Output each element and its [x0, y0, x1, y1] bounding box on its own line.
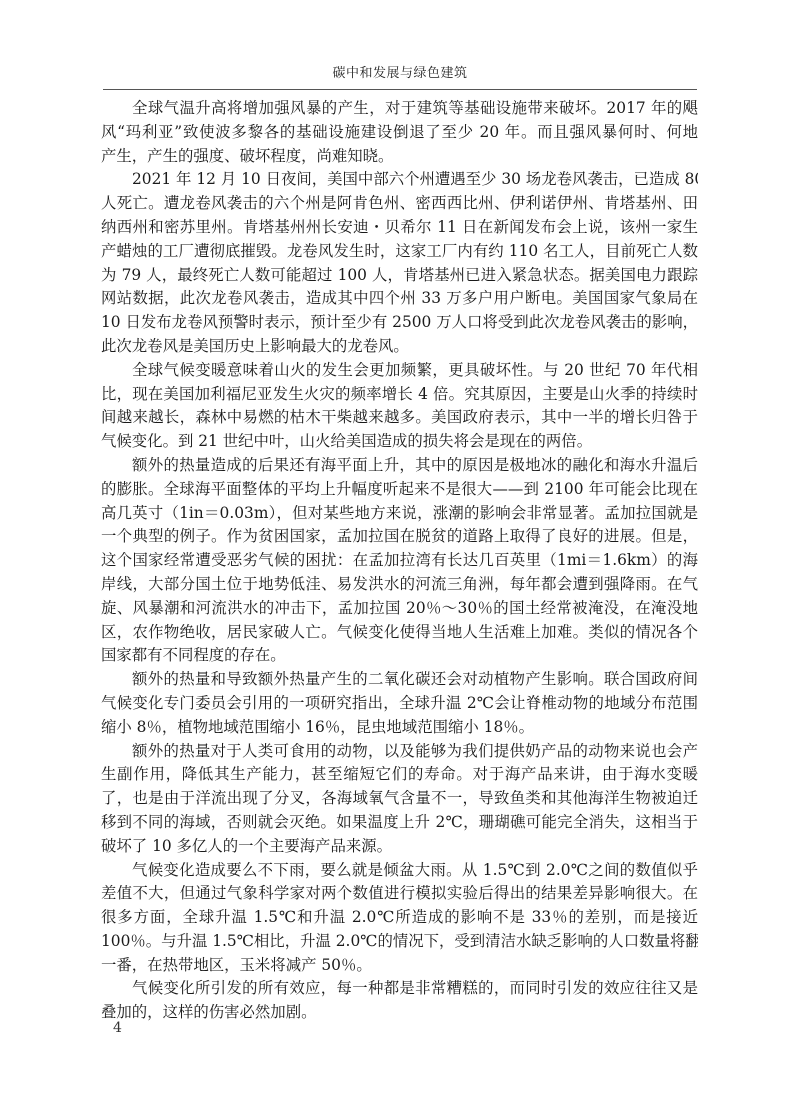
- paragraph: 2021 年 12 月 10 日夜间，美国中部六个州遭遇至少 30 场龙卷风袭击…: [101, 168, 698, 358]
- text-line: 产蜡烛的工厂遭彻底摧毁。龙卷风发生时，这家工厂内有约 110 名工人，目前死亡人…: [101, 240, 698, 264]
- text-line: 100％。与升温 1.5℃相比，升温 2.0℃的情况下，受到清洁水缺乏影响的人口…: [101, 930, 698, 954]
- running-header-title: 碳中和发展与绿色建筑: [103, 66, 697, 82]
- text-line: 产生，产生的强度、破坏程度，尚难知晓。: [101, 145, 698, 169]
- paragraph: 额外的热量造成的后果还有海平面上升，其中的原因是极地冰的融化和海水升温后 的膨胀…: [101, 454, 698, 668]
- text-line: 破坏了 10 多亿人的一个主要海产品来源。: [101, 835, 698, 859]
- paragraph: 全球气温升高将增加强风暴的产生，对于建筑等基础设施带来破坏。2017 年的飓 风…: [101, 97, 698, 168]
- text-line: 全球气温升高将增加强风暴的产生，对于建筑等基础设施带来破坏。2017 年的飓: [101, 97, 698, 121]
- body-text: 全球气温升高将增加强风暴的产生，对于建筑等基础设施带来破坏。2017 年的飓 风…: [101, 97, 698, 1025]
- text-line: 生副作用，降低其生产能力，甚至缩短它们的寿命。对于海产品来讲，由于海水变暖: [101, 763, 698, 787]
- document-page: 碳中和发展与绿色建筑 全球气温升高将增加强风暴的产生，对于建筑等基础设施带来破坏…: [0, 0, 800, 1115]
- text-line: 缩小 8％，植物地域范围缩小 16％，昆虫地域范围缩小 18％。: [101, 716, 698, 740]
- text-line: 这个国家经常遭受恶劣气候的困扰：在孟加拉湾有长达几百英里（1mi＝1.6km）的…: [101, 549, 698, 573]
- text-line: 高几英寸（1in＝0.03m），但对某些地方来说，涨潮的影响会非常显著。孟加拉国…: [101, 502, 698, 526]
- text-line: 叠加的，这样的伤害必然加剧。: [101, 1001, 698, 1025]
- text-line: 一个典型的例子。作为贫困国家，孟加拉国在脱贫的道路上取得了良好的进展。但是，: [101, 525, 698, 549]
- text-line: 2021 年 12 月 10 日夜间，美国中部六个州遭遇至少 30 场龙卷风袭击…: [101, 168, 698, 192]
- text-line: 为 79 人，最终死亡人数可能超过 100 人，肯塔基州已进入紧急状态。据美国电…: [101, 264, 698, 288]
- header-rule: [103, 89, 697, 90]
- text-line: 了，也是由于洋流出现了分叉，各海域氧气含量不一，导致鱼类和其他海洋生物被迫迁: [101, 787, 698, 811]
- text-line: 额外的热量造成的后果还有海平面上升，其中的原因是极地冰的融化和海水升温后: [101, 454, 698, 478]
- text-line: 间越来越长，森林中易燃的枯木干柴越来越多。美国政府表示，其中一半的增长归咎于: [101, 406, 698, 430]
- page-number: 4: [113, 1020, 122, 1036]
- text-line: 网站数据，此次龙卷风袭击，造成其中四个州 33 万多户用户断电。美国国家气象局在: [101, 287, 698, 311]
- text-line: 区，农作物绝收，居民家破人亡。气候变化使得当地人生活难上加难。类似的情况各个: [101, 621, 698, 645]
- text-line: 差值不大，但通过气象科学家对两个数值进行模拟实验后得出的结果差异影响很大。在: [101, 882, 698, 906]
- text-line: 国家都有不同程度的存在。: [101, 644, 698, 668]
- text-line: 人死亡。遭龙卷风袭击的六个州是阿肯色州、密西西比州、伊利诺伊州、肯塔基州、田: [101, 192, 698, 216]
- paragraph: 气候变化所引发的所有效应，每一种都是非常糟糕的，而同时引发的效应往往又是 叠加的…: [101, 977, 698, 1025]
- text-line: 气候变化。到 21 世纪中叶，山火给美国造成的损失将会是现在的两倍。: [101, 430, 698, 454]
- text-line: 一番，在热带地区，玉米将减产 50％。: [101, 954, 698, 978]
- text-line: 旋、风暴潮和河流洪水的冲击下，孟加拉国 20％～30％的国土经常被淹没，在淹没地: [101, 597, 698, 621]
- text-line: 风“玛利亚”致使波多黎各的基础设施建设倒退了至少 20 年。而且强风暴何时、何地: [101, 121, 698, 145]
- text-line: 气候变化专门委员会引用的一项研究指出，全球升温 2℃会让脊椎动物的地域分布范围: [101, 692, 698, 716]
- text-line: 10 日发布龙卷风预警时表示，预计至少有 2500 万人口将受到此次龙卷风袭击的…: [101, 311, 698, 335]
- paragraph: 额外的热量对于人类可食用的动物，以及能够为我们提供奶产品的动物来说也会产 生副作…: [101, 740, 698, 859]
- text-line: 气候变化造成要么不下雨，要么就是倾盆大雨。从 1.5℃到 2.0℃之间的数值似乎: [101, 859, 698, 883]
- text-line: 很多方面，全球升温 1.5℃和升温 2.0℃所造成的影响不是 33％的差别，而是…: [101, 906, 698, 930]
- text-line: 的膨胀。全球海平面整体的平均上升幅度听起来不是很大——到 2100 年可能会比现…: [101, 478, 698, 502]
- paragraph: 全球气候变暖意味着山火的发生会更加频繁，更具破坏性。与 20 世纪 70 年代相…: [101, 359, 698, 454]
- text-line: 纳西州和密苏里州。肯塔基州州长安迪・贝希尔 11 日在新闻发布会上说，该州一家生: [101, 216, 698, 240]
- text-line: 全球气候变暖意味着山火的发生会更加频繁，更具破坏性。与 20 世纪 70 年代相: [101, 359, 698, 383]
- paragraph: 气候变化造成要么不下雨，要么就是倾盆大雨。从 1.5℃到 2.0℃之间的数值似乎…: [101, 859, 698, 978]
- text-line: 额外的热量对于人类可食用的动物，以及能够为我们提供奶产品的动物来说也会产: [101, 740, 698, 764]
- text-line: 此次龙卷风是美国历史上影响最大的龙卷风。: [101, 335, 698, 359]
- text-line: 岸线，大部分国土位于地势低洼、易发洪水的河流三角洲，每年都会遭到强降雨。在气: [101, 573, 698, 597]
- paragraph: 额外的热量和导致额外热量产生的二氧化碳还会对动植物产生影响。联合国政府间 气候变…: [101, 668, 698, 739]
- text-line: 移到不同的海域，否则就会灭绝。如果温度上升 2℃，珊瑚礁可能完全消失，这相当于: [101, 811, 698, 835]
- text-line: 比，现在美国加利福尼亚发生火灾的频率增长 4 倍。究其原因，主要是山火季的持续时: [101, 383, 698, 407]
- text-line: 气候变化所引发的所有效应，每一种都是非常糟糕的，而同时引发的效应往往又是: [101, 977, 698, 1001]
- text-line: 额外的热量和导致额外热量产生的二氧化碳还会对动植物产生影响。联合国政府间: [101, 668, 698, 692]
